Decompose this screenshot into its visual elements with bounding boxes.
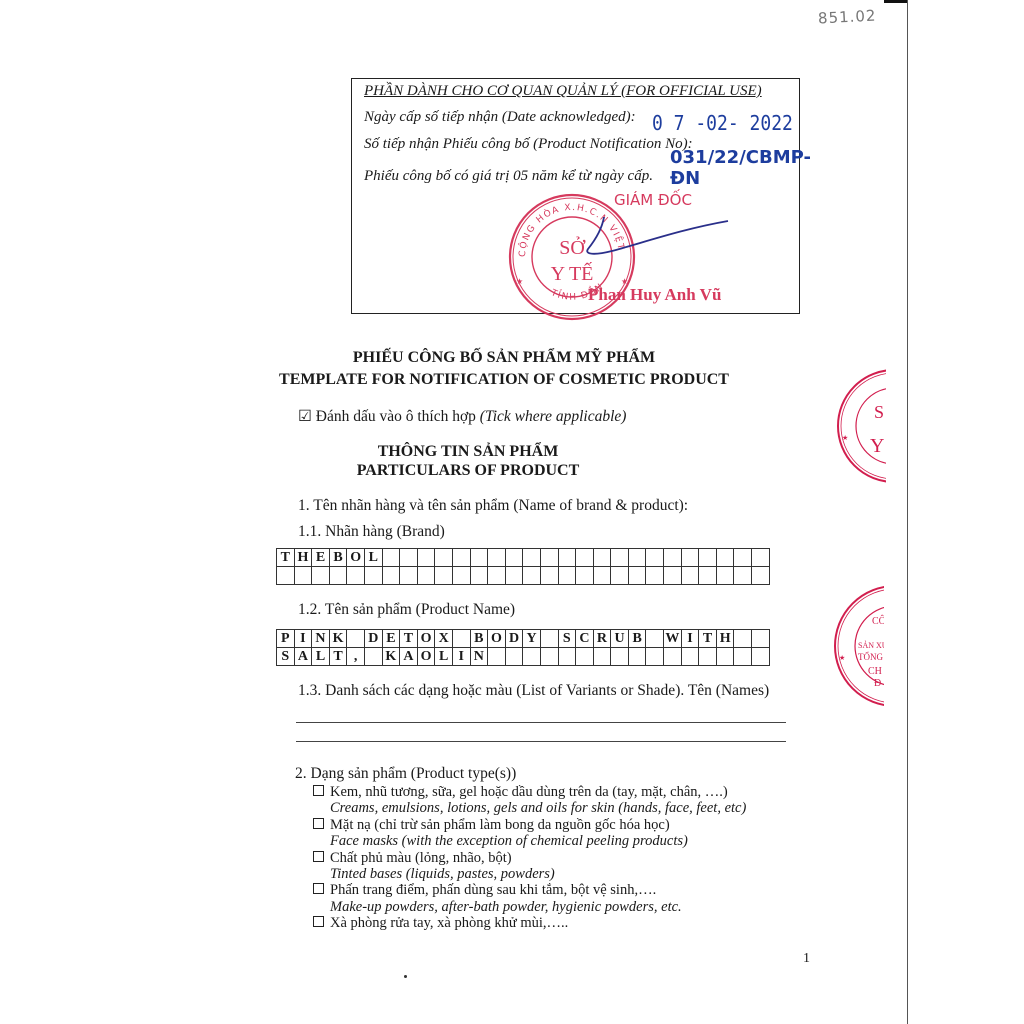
grid-cell[interactable] <box>681 648 699 666</box>
official-use-title: PHẦN DÀNH CHO CƠ QUAN QUẢN LÝ (FOR OFFIC… <box>364 83 762 100</box>
grid-cell[interactable] <box>576 648 594 666</box>
grid-cell[interactable] <box>523 567 541 585</box>
grid-cell[interactable] <box>752 648 770 666</box>
grid-cell[interactable] <box>312 567 330 585</box>
grid-cell[interactable]: K <box>382 648 400 666</box>
page-number: 1 <box>803 951 810 967</box>
grid-cell[interactable] <box>716 648 734 666</box>
grid-cell[interactable] <box>329 567 347 585</box>
product-type-vi: Xà phòng rửa tay, xà phòng khử mùi,….. <box>330 915 568 931</box>
grid-cell[interactable] <box>699 648 717 666</box>
grid-cell[interactable] <box>435 567 453 585</box>
grid-cell[interactable]: L <box>312 648 330 666</box>
grid-row <box>277 567 770 585</box>
svg-text:★: ★ <box>516 277 523 286</box>
grid-cell[interactable]: P <box>277 630 295 648</box>
grid-cell[interactable] <box>558 648 576 666</box>
signature-icon <box>582 217 732 267</box>
grid-cell[interactable] <box>593 549 611 567</box>
signer-name: Phan Huy Anh Vũ <box>588 285 721 305</box>
grid-cell[interactable] <box>382 549 400 567</box>
question-1: 1. Tên nhãn hàng và tên sản phẩm (Name o… <box>298 497 688 515</box>
grid-cell[interactable] <box>452 630 470 648</box>
grid-cell[interactable] <box>488 549 506 567</box>
grid-cell[interactable]: I <box>452 648 470 666</box>
question-2-product-type: 2. Dạng sản phẩm (Product type(s)) <box>295 765 516 783</box>
grid-cell[interactable]: H <box>294 549 312 567</box>
grid-cell[interactable] <box>347 567 365 585</box>
svg-text:Y: Y <box>870 435 884 457</box>
grid-cell[interactable]: D <box>364 630 382 648</box>
grid-cell[interactable] <box>628 567 646 585</box>
grid-cell[interactable] <box>382 567 400 585</box>
tick-instruction-vi: ☑ Đánh dấu vào ô thích hợp <box>298 408 480 425</box>
product-type-item[interactable]: Phấn trang điểm, phấn dùng sau khi tắm, … <box>313 882 746 915</box>
grid-cell[interactable] <box>558 549 576 567</box>
product-type-en: Creams, emulsions, lotions, gels and oil… <box>313 800 746 816</box>
grid-cell[interactable] <box>470 549 488 567</box>
grid-cell[interactable] <box>734 648 752 666</box>
grid-cell[interactable] <box>734 567 752 585</box>
product-type-item[interactable]: Mặt nạ (chỉ trừ sản phẩm làm bong da ngu… <box>313 817 746 850</box>
grid-cell[interactable] <box>417 549 435 567</box>
grid-cell[interactable] <box>646 648 664 666</box>
grid-cell[interactable]: D <box>505 630 523 648</box>
grid-cell[interactable]: O <box>488 630 506 648</box>
grid-cell[interactable] <box>540 630 558 648</box>
grid-cell[interactable]: A <box>294 648 312 666</box>
grid-row: THEBOL <box>277 549 770 567</box>
product-type-vi: Mặt nạ (chỉ trừ sản phẩm làm bong da ngu… <box>330 817 670 833</box>
product-type-vi: Kem, nhũ tương, sữa, gel hoặc dầu dùng t… <box>330 784 728 800</box>
grid-cell[interactable]: T <box>277 549 295 567</box>
document-title-vi: PHIẾU CÔNG BỐ SẢN PHẨM MỸ PHẨM <box>0 349 1016 367</box>
grid-cell[interactable] <box>699 549 717 567</box>
grid-cell[interactable]: O <box>417 648 435 666</box>
grid-cell[interactable]: N <box>470 648 488 666</box>
grid-cell[interactable]: Y <box>523 630 541 648</box>
grid-cell[interactable]: E <box>312 549 330 567</box>
grid-cell[interactable] <box>576 549 594 567</box>
side-seal-health-dept-icon: S Y ★ <box>832 366 886 486</box>
product-type-item[interactable]: Chất phủ màu (lỏng, nhão, bột) Tinted ba… <box>313 850 746 883</box>
grid-cell[interactable]: B <box>329 549 347 567</box>
product-type-item[interactable]: Xà phòng rửa tay, xà phòng khử mùi,….. <box>313 915 746 931</box>
grid-cell[interactable] <box>364 567 382 585</box>
grid-cell[interactable]: N <box>312 630 330 648</box>
question-1-2-product-name: 1.2. Tên sản phẩm (Product Name) <box>298 601 515 619</box>
scan-edge-mark <box>884 0 908 3</box>
date-acknowledged-label: Ngày cấp số tiếp nhận (Date acknowledged… <box>364 109 636 126</box>
svg-text:★: ★ <box>842 434 848 442</box>
grid-cell[interactable] <box>505 648 523 666</box>
official-use-box: PHẦN DÀNH CHO CƠ QUAN QUẢN LÝ (FOR OFFIC… <box>351 78 800 314</box>
product-type-en: Face masks (with the exception of chemic… <box>313 833 746 849</box>
grid-cell[interactable] <box>452 567 470 585</box>
grid-cell[interactable] <box>417 567 435 585</box>
grid-cell[interactable]: W <box>664 630 682 648</box>
grid-cell[interactable]: A <box>400 648 418 666</box>
grid-cell[interactable] <box>294 567 312 585</box>
grid-cell[interactable] <box>505 567 523 585</box>
brand-grid: THEBOL <box>276 548 770 585</box>
grid-cell[interactable] <box>664 549 682 567</box>
grid-cell[interactable] <box>347 630 365 648</box>
grid-cell[interactable] <box>699 567 717 585</box>
grid-cell[interactable] <box>681 549 699 567</box>
grid-cell[interactable] <box>681 567 699 585</box>
grid-cell[interactable]: B <box>628 630 646 648</box>
grid-cell[interactable] <box>435 549 453 567</box>
variants-answer-line-2[interactable] <box>296 741 786 742</box>
grid-cell[interactable]: B <box>470 630 488 648</box>
product-type-vi: Chất phủ màu (lỏng, nhão, bột) <box>330 850 512 866</box>
grid-cell[interactable] <box>488 648 506 666</box>
grid-cell[interactable] <box>576 567 594 585</box>
grid-cell[interactable] <box>752 567 770 585</box>
grid-cell[interactable] <box>628 648 646 666</box>
grid-cell[interactable]: T <box>400 630 418 648</box>
grid-cell[interactable] <box>628 549 646 567</box>
product-type-list: Kem, nhũ tương, sữa, gel hoặc dầu dùng t… <box>313 784 746 932</box>
grid-cell[interactable]: E <box>382 630 400 648</box>
grid-cell[interactable]: H <box>716 630 734 648</box>
grid-cell[interactable]: S <box>277 648 295 666</box>
grid-cell[interactable] <box>505 549 523 567</box>
grid-cell[interactable]: T <box>329 648 347 666</box>
grid-cell[interactable] <box>364 648 382 666</box>
grid-cell[interactable] <box>734 630 752 648</box>
svg-text:S: S <box>874 402 884 422</box>
grid-cell[interactable] <box>523 549 541 567</box>
side-seal-company-icon: CÔ SẢN XUẤ TỔNG CH Đ ★ <box>830 582 884 712</box>
grid-cell[interactable] <box>470 567 488 585</box>
handwritten-note: 851.02 <box>818 6 877 27</box>
product-type-en: Tinted bases (liquids, pastes, powders) <box>313 866 746 882</box>
grid-cell[interactable] <box>646 549 664 567</box>
grid-row: SALT, KAOLIN <box>277 648 770 666</box>
grid-cell[interactable] <box>593 567 611 585</box>
svg-text:SẢN XUẤ: SẢN XUẤ <box>858 640 884 650</box>
grid-cell[interactable]: K <box>329 630 347 648</box>
grid-cell[interactable] <box>400 567 418 585</box>
grid-cell[interactable] <box>716 567 734 585</box>
grid-cell[interactable] <box>752 630 770 648</box>
notification-number-label: Số tiếp nhận Phiếu công bố (Product Noti… <box>364 136 693 153</box>
grid-cell[interactable] <box>523 648 541 666</box>
svg-text:TỔNG: TỔNG <box>858 652 883 662</box>
checkbox-icon[interactable] <box>313 785 324 796</box>
product-type-en: Make-up powders, after-bath powder, hygi… <box>313 899 746 915</box>
grid-cell[interactable] <box>611 567 629 585</box>
scan-edge-line <box>907 0 908 1024</box>
svg-text:CH: CH <box>868 666 882 677</box>
signer-title: GIÁM ĐỐC <box>614 191 692 209</box>
variants-answer-line-1[interactable] <box>296 722 786 723</box>
grid-cell[interactable]: U <box>611 630 629 648</box>
grid-cell[interactable] <box>716 549 734 567</box>
grid-cell[interactable] <box>400 549 418 567</box>
grid-cell[interactable]: O <box>347 549 365 567</box>
product-type-vi: Phấn trang điểm, phấn dùng sau khi tắm, … <box>330 882 656 898</box>
svg-text:Đ: Đ <box>874 678 881 689</box>
grid-cell[interactable]: R <box>593 630 611 648</box>
grid-cell[interactable] <box>646 630 664 648</box>
tick-instruction: ☑ Đánh dấu vào ô thích hợp (Tick where a… <box>298 407 626 426</box>
grid-cell[interactable] <box>540 567 558 585</box>
grid-cell[interactable] <box>734 549 752 567</box>
grid-cell[interactable]: O <box>417 630 435 648</box>
checkbox-icon[interactable] <box>313 916 324 927</box>
grid-cell[interactable]: C <box>576 630 594 648</box>
svg-text:★: ★ <box>839 654 845 662</box>
validity-label: Phiếu công bố có giá trị 05 năm kể từ ng… <box>364 168 653 185</box>
question-1-1-brand: 1.1. Nhãn hàng (Brand) <box>298 523 445 541</box>
grid-cell[interactable]: T <box>699 630 717 648</box>
grid-cell[interactable] <box>611 648 629 666</box>
grid-cell[interactable] <box>611 549 629 567</box>
grid-cell[interactable] <box>752 549 770 567</box>
grid-cell[interactable] <box>664 648 682 666</box>
grid-cell[interactable] <box>664 567 682 585</box>
grid-cell[interactable]: L <box>364 549 382 567</box>
grid-row: PINK DETOX BODY SCRUB WITH <box>277 630 770 648</box>
grid-cell[interactable] <box>277 567 295 585</box>
svg-text:CÔ: CÔ <box>872 615 884 627</box>
scan-speck <box>404 975 407 978</box>
question-1-3-variants: 1.3. Danh sách các dạng hoặc màu (List o… <box>298 682 769 700</box>
grid-cell[interactable] <box>540 648 558 666</box>
grid-cell[interactable]: S <box>558 630 576 648</box>
grid-cell[interactable] <box>646 567 664 585</box>
grid-cell[interactable]: I <box>681 630 699 648</box>
checkbox-icon[interactable] <box>313 818 324 829</box>
grid-cell[interactable] <box>452 549 470 567</box>
date-stamp: 0 7 -02- 2022 <box>652 111 793 135</box>
checkbox-icon[interactable] <box>313 883 324 894</box>
notification-number-stamp: 031/22/CBMP-ĐN <box>670 147 811 189</box>
grid-cell[interactable] <box>593 648 611 666</box>
grid-cell[interactable]: I <box>294 630 312 648</box>
product-type-item[interactable]: Kem, nhũ tương, sữa, gel hoặc dầu dùng t… <box>313 784 746 817</box>
grid-cell[interactable] <box>540 549 558 567</box>
tick-instruction-en: (Tick where applicable) <box>480 408 627 425</box>
grid-cell[interactable]: X <box>435 630 453 648</box>
product-name-grid: PINK DETOX BODY SCRUB WITHSALT, KAOLIN <box>276 629 770 666</box>
checkbox-icon[interactable] <box>313 851 324 862</box>
grid-cell[interactable] <box>558 567 576 585</box>
grid-cell[interactable]: , <box>347 648 365 666</box>
grid-cell[interactable] <box>488 567 506 585</box>
grid-cell[interactable]: L <box>435 648 453 666</box>
